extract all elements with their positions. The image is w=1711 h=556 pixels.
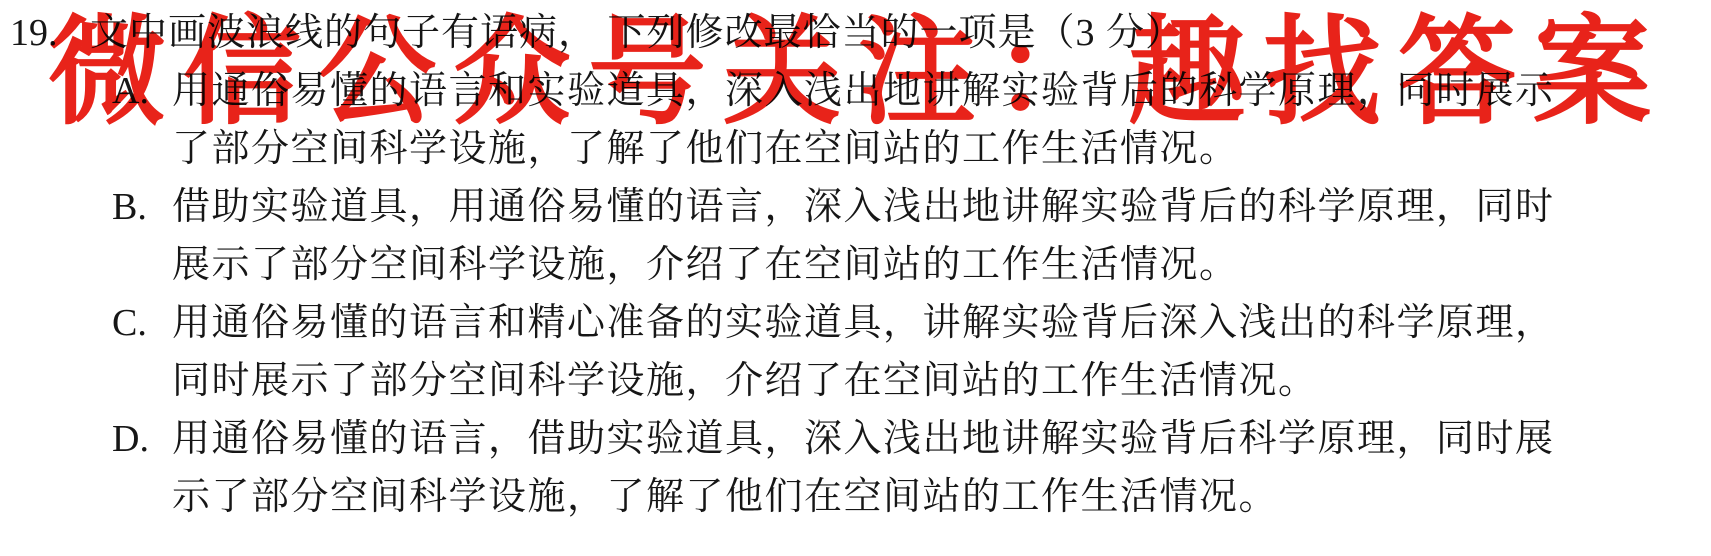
- option-d: D. 用通俗易懂的语言，借助实验道具，深入浅出地讲解实验背后科学原理，同时展 示…: [0, 410, 1711, 526]
- option-b-text: 借助实验道具，用通俗易懂的语言，深入浅出地讲解实验背后的科学原理，同时 展示了部…: [172, 178, 1711, 294]
- exam-page: 19. 文中画波浪线的句子有语病， 下列修改最恰当的一项是（3 分） A. 用通…: [0, 0, 1711, 556]
- option-d-label: D.: [112, 410, 172, 526]
- option-b: B. 借助实验道具，用通俗易懂的语言，深入浅出地讲解实验背后的科学原理，同时 展…: [0, 178, 1711, 294]
- option-c-line-2: 同时展示了部分空间科学设施，介绍了在空间站的工作生活情况。: [172, 352, 1711, 410]
- option-d-line-1: 用通俗易懂的语言，借助实验道具，深入浅出地讲解实验背后科学原理，同时展: [172, 410, 1711, 468]
- option-c-label: C.: [112, 294, 172, 410]
- option-d-line-2: 示了部分空间科学设施，了解了他们在空间站的工作生活情况。: [172, 468, 1711, 526]
- option-c-text: 用通俗易懂的语言和精心准备的实验道具，讲解实验背后深入浅出的科学原理， 同时展示…: [172, 294, 1711, 410]
- option-b-label: B.: [112, 178, 172, 294]
- option-a-line-2: 了部分空间科学设施，了解了他们在空间站的工作生活情况。: [172, 120, 1711, 178]
- option-d-text: 用通俗易懂的语言，借助实验道具，深入浅出地讲解实验背后科学原理，同时展 示了部分…: [172, 410, 1711, 526]
- option-a-label: A.: [112, 62, 172, 178]
- question-text: 文中画波浪线的句子有语病， 下列修改最恰当的一项是（3 分）: [90, 4, 1184, 62]
- option-a-line-1: 用通俗易懂的语言和实验道具，深入浅出地讲解实验背后的科学原理，同时展示: [172, 62, 1711, 120]
- option-b-line-2: 展示了部分空间科学设施，介绍了在空间站的工作生活情况。: [172, 236, 1711, 294]
- question-line: 19. 文中画波浪线的句子有语病， 下列修改最恰当的一项是（3 分）: [0, 4, 1711, 62]
- question-number: 19.: [0, 4, 90, 62]
- option-b-line-1: 借助实验道具，用通俗易懂的语言，深入浅出地讲解实验背后的科学原理，同时: [172, 178, 1711, 236]
- option-c: C. 用通俗易懂的语言和精心准备的实验道具，讲解实验背后深入浅出的科学原理， 同…: [0, 294, 1711, 410]
- option-a: A. 用通俗易懂的语言和实验道具，深入浅出地讲解实验背后的科学原理，同时展示 了…: [0, 62, 1711, 178]
- option-a-text: 用通俗易懂的语言和实验道具，深入浅出地讲解实验背后的科学原理，同时展示 了部分空…: [172, 62, 1711, 178]
- option-c-line-1: 用通俗易懂的语言和精心准备的实验道具，讲解实验背后深入浅出的科学原理，: [172, 294, 1711, 352]
